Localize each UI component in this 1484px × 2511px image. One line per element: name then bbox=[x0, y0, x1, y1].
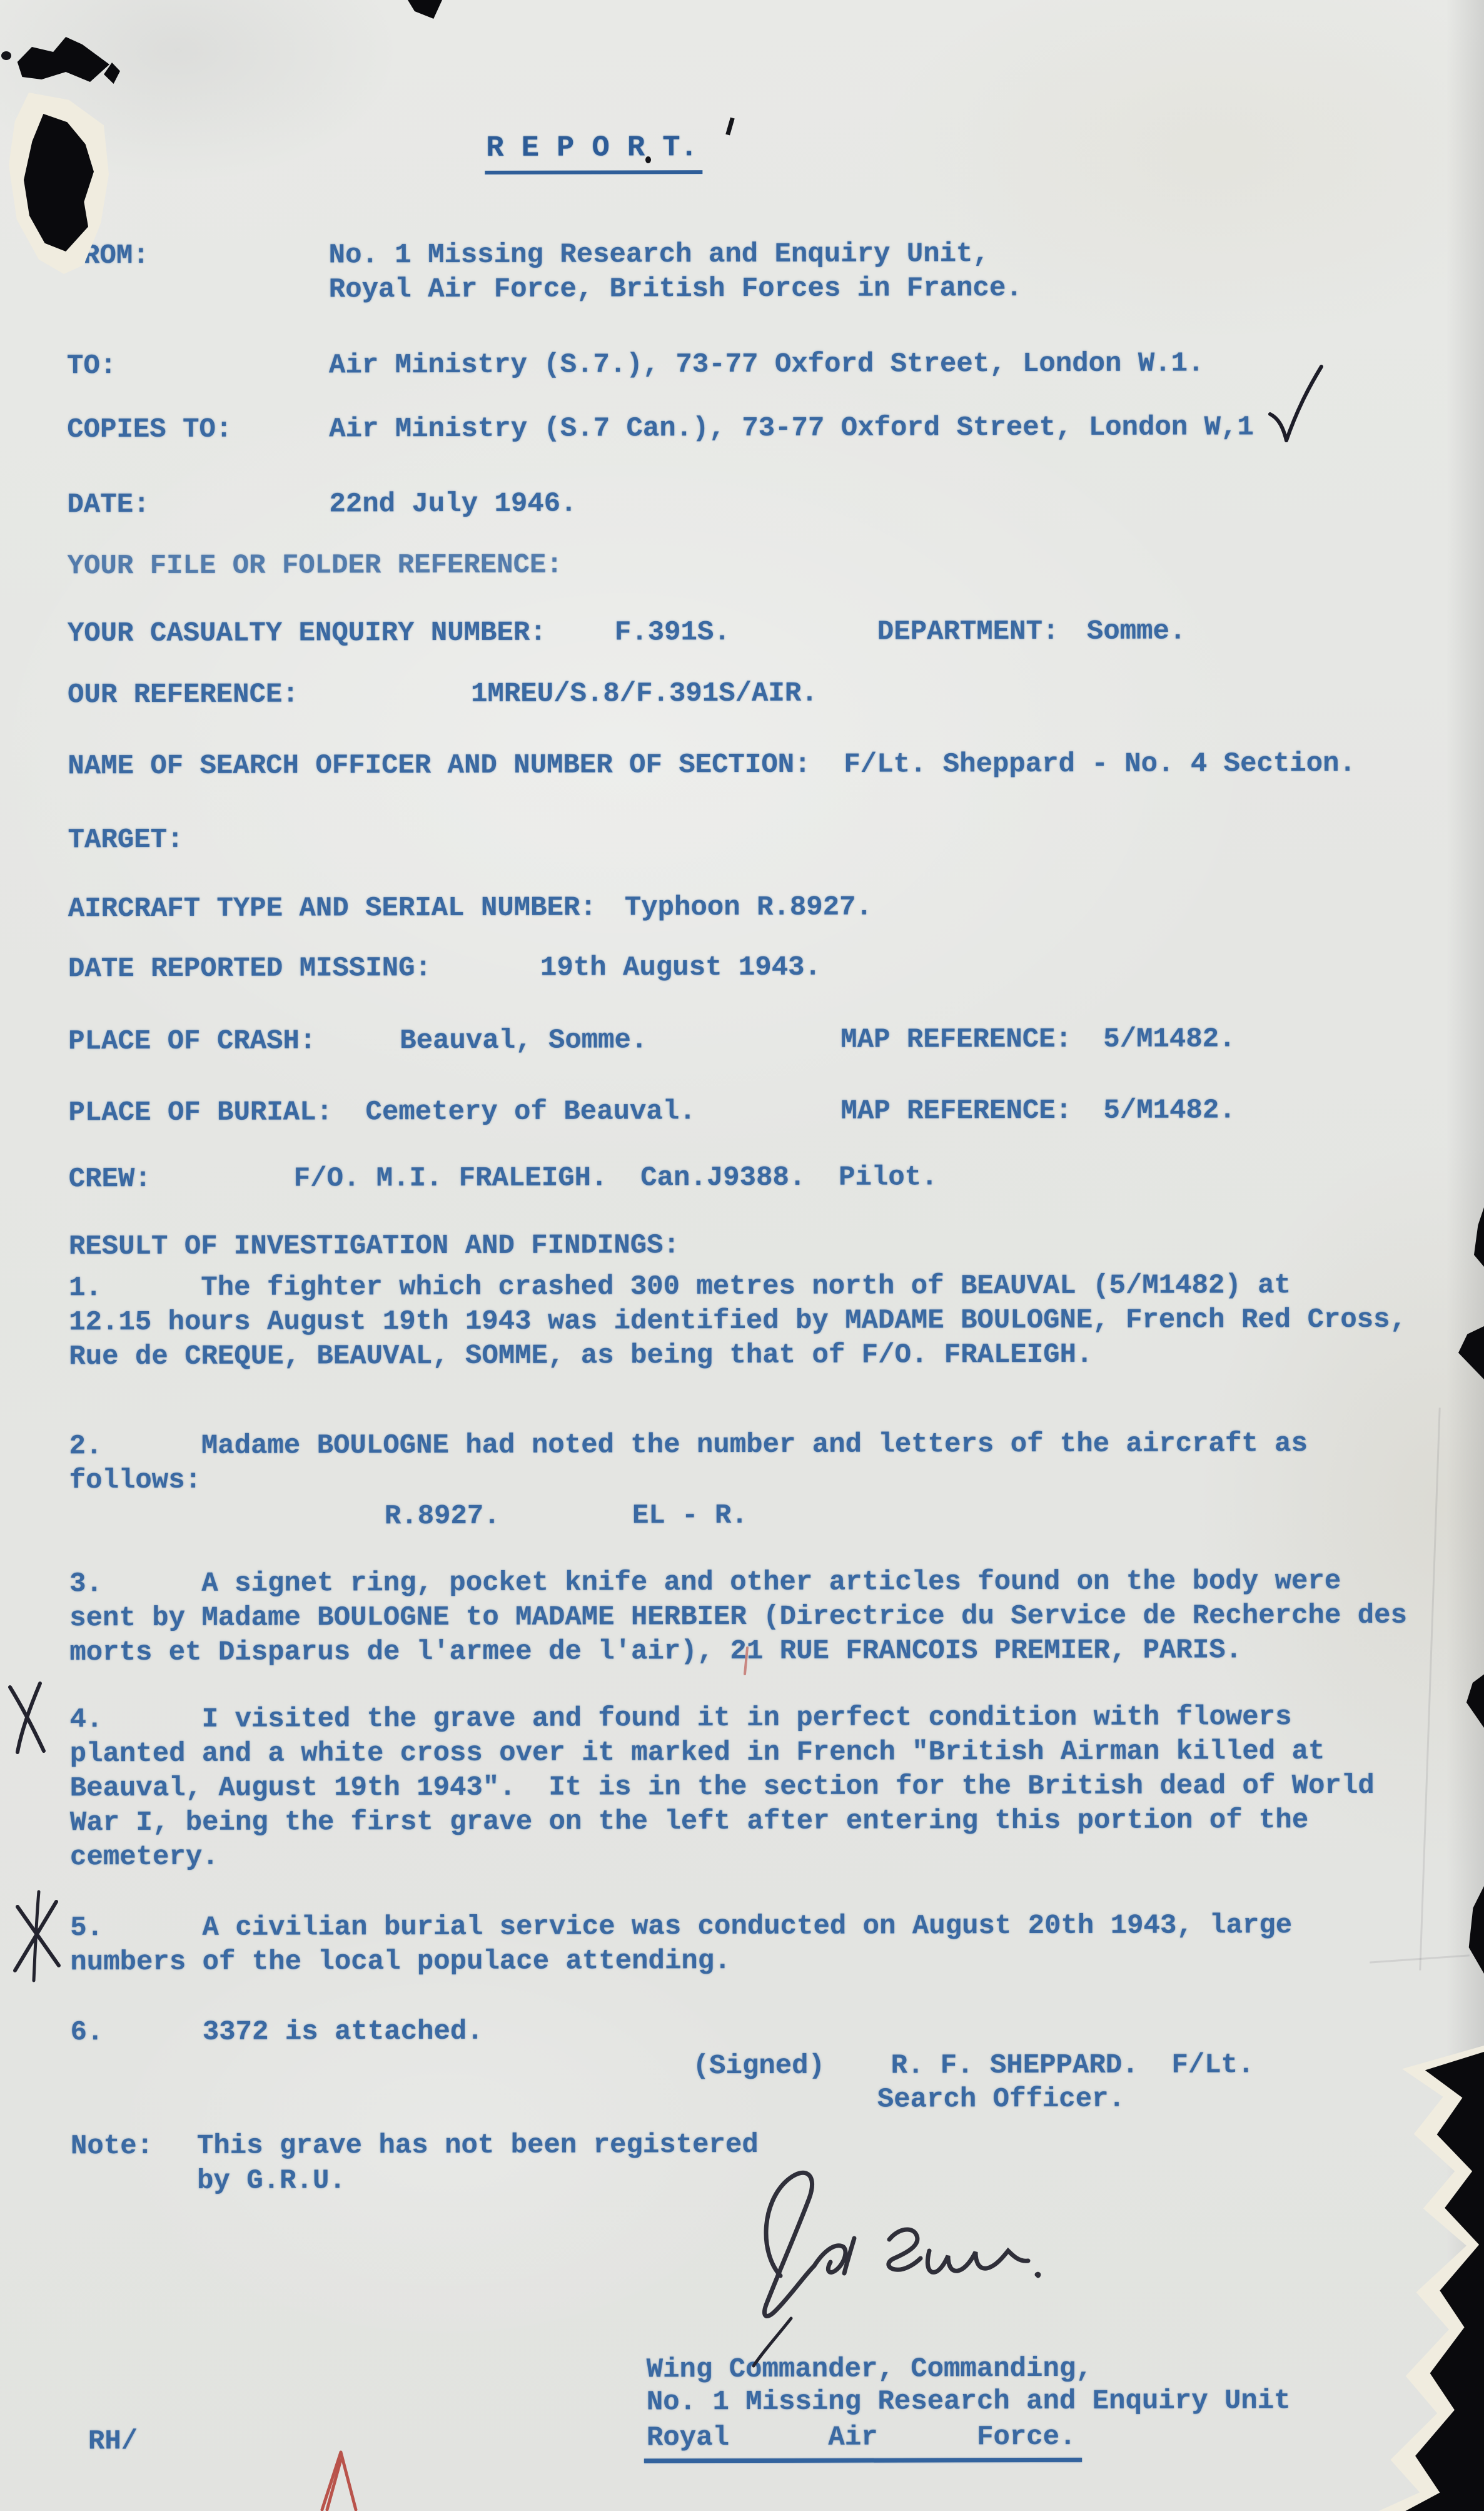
note-label: Note: bbox=[71, 2131, 153, 2162]
signed-line: (Signed) R. F. SHEPPARD. F/Lt. bbox=[693, 2049, 1254, 2082]
to-label: TO: bbox=[67, 350, 116, 382]
para-4-line-1: 4. I visited the grave and found it in p… bbox=[69, 1702, 1291, 1735]
red-tick-small-icon bbox=[741, 1646, 751, 1675]
para-2-line-1: 2. Madame BOULOGNE had noted the number … bbox=[69, 1428, 1308, 1462]
paper-speck bbox=[645, 156, 651, 163]
royal-air-force-underline bbox=[644, 2458, 1082, 2463]
pen-tick-icon bbox=[1254, 363, 1329, 447]
margin-cross-para5-icon bbox=[6, 1889, 69, 1983]
place-of-crash-value: Beauval, Somme. bbox=[400, 1025, 647, 1057]
date-value: 22nd July 1946. bbox=[329, 489, 577, 520]
crash-map-reference-value: 5/M1482. bbox=[1103, 1023, 1235, 1055]
file-reference-label: YOUR FILE OR FOLDER REFERENCE: bbox=[68, 550, 563, 582]
para-1-line-1: 1. The fighter which crashed 300 metres … bbox=[69, 1270, 1291, 1304]
department-value: Somme. bbox=[1087, 616, 1186, 647]
para-4-line-4: War I, being the first grave on the left… bbox=[70, 1805, 1308, 1839]
typist-initials: RH/ bbox=[88, 2426, 138, 2457]
margin-cross-para4-icon bbox=[4, 1680, 54, 1755]
to-value: Air Ministry (S.7.), 73-77 Oxford Street… bbox=[329, 348, 1204, 381]
copies-to-label: COPIES TO: bbox=[67, 414, 232, 446]
red-caret-icon bbox=[316, 2451, 366, 2511]
document-screenshot: { "page": { "paper_color": "#e6e7e4", "i… bbox=[0, 0, 1484, 2511]
findings-heading: RESULT OF INVESTIGATION AND FINDINGS: bbox=[69, 1230, 680, 1262]
our-reference-value: 1MREU/S.8/F.391S/AIR. bbox=[471, 678, 818, 710]
signoff-unit-line: No. 1 Missing Research and Enquiry Unit bbox=[647, 2385, 1291, 2418]
place-of-crash-label: PLACE OF CRASH: bbox=[68, 1025, 316, 1057]
signoff-rank-line: Wing Commander, Commanding, bbox=[647, 2353, 1093, 2385]
para-1-line-3: Rue de CREQUE, BEAUVAL, SOMME, as being … bbox=[69, 1339, 1093, 1372]
crew-value: F/O. M.I. FRALEIGH. Can.J9388. Pilot. bbox=[294, 1162, 938, 1194]
from-value-line-1: No. 1 Missing Research and Enquiry Unit, bbox=[329, 238, 989, 271]
para-1-line-2: 12.15 hours August 19th 1943 was identif… bbox=[69, 1304, 1406, 1338]
note-line-2: by G.R.U. bbox=[197, 2165, 346, 2196]
burial-map-reference-value: 5/M1482. bbox=[1103, 1095, 1235, 1126]
copies-to-value: Air Ministry (S.7 Can.), 73-77 Oxford St… bbox=[329, 412, 1254, 445]
para-3-line-2: sent by Madame BOULOGNE to MADAME HERBIE… bbox=[69, 1600, 1407, 1634]
signoff-force-line: Royal Air Force. bbox=[647, 2422, 1076, 2453]
paper-speck bbox=[1, 51, 11, 60]
signature-tail-stroke-icon bbox=[747, 2315, 804, 2371]
crew-label: CREW: bbox=[69, 1164, 151, 1195]
place-of-burial-label: PLACE OF BURIAL: bbox=[68, 1097, 333, 1129]
department-label: DEPARTMENT: bbox=[877, 616, 1059, 648]
para-5-line-1: 5. A civilian burial service was conduct… bbox=[70, 1910, 1292, 1944]
para-2-line-2: follows: bbox=[69, 1465, 201, 1496]
note-line-1: This grave has not been registered bbox=[197, 2129, 759, 2162]
para-3-line-1: 3. A signet ring, pocket knife and other… bbox=[69, 1566, 1341, 1600]
signature-icon bbox=[707, 2146, 1057, 2327]
para-3-line-3: morts et Disparus de l'armee de l'air), … bbox=[69, 1635, 1242, 1668]
our-reference-label: OUR REFERENCE: bbox=[68, 679, 299, 711]
para-4-line-3: Beauval, August 19th 1943". It is in the… bbox=[70, 1770, 1375, 1804]
crash-map-reference-label: MAP REFERENCE: bbox=[840, 1024, 1072, 1056]
signed-role: Search Officer. bbox=[877, 2084, 1125, 2116]
from-value-line-2: Royal Air Force, British Forces in Franc… bbox=[329, 273, 1022, 305]
date-label: DATE: bbox=[67, 489, 149, 520]
burial-map-reference-label: MAP REFERENCE: bbox=[840, 1095, 1072, 1127]
casualty-enquiry-label: YOUR CASUALTY ENQUIRY NUMBER: bbox=[68, 617, 547, 650]
date-missing-value: 19th August 1943. bbox=[540, 952, 821, 984]
para-6-line-1: 6. 3372 is attached. bbox=[71, 2016, 483, 2048]
casualty-enquiry-value: F.391S. bbox=[615, 617, 730, 648]
target-label: TARGET: bbox=[68, 824, 184, 856]
aircraft-type-label: AIRCRAFT TYPE AND SERIAL NUMBER: bbox=[68, 892, 597, 925]
aircraft-numbers-line: R.8927. EL - R. bbox=[385, 1500, 748, 1532]
para-5-line-2: numbers of the local populace attending. bbox=[70, 1945, 730, 1978]
place-of-burial-value: Cemetery of Beauval. bbox=[365, 1096, 695, 1128]
para-4-line-2: planted and a white cross over it marked… bbox=[70, 1736, 1325, 1770]
report-heading: R E P O R T. bbox=[485, 133, 703, 175]
para-4-line-5: cemetery. bbox=[70, 1842, 219, 1873]
aircraft-type-value: Typhoon R.8927. bbox=[625, 892, 872, 924]
search-officer-line: NAME OF SEARCH OFFICER AND NUMBER OF SEC… bbox=[68, 748, 1356, 782]
date-missing-label: DATE REPORTED MISSING: bbox=[68, 953, 432, 985]
